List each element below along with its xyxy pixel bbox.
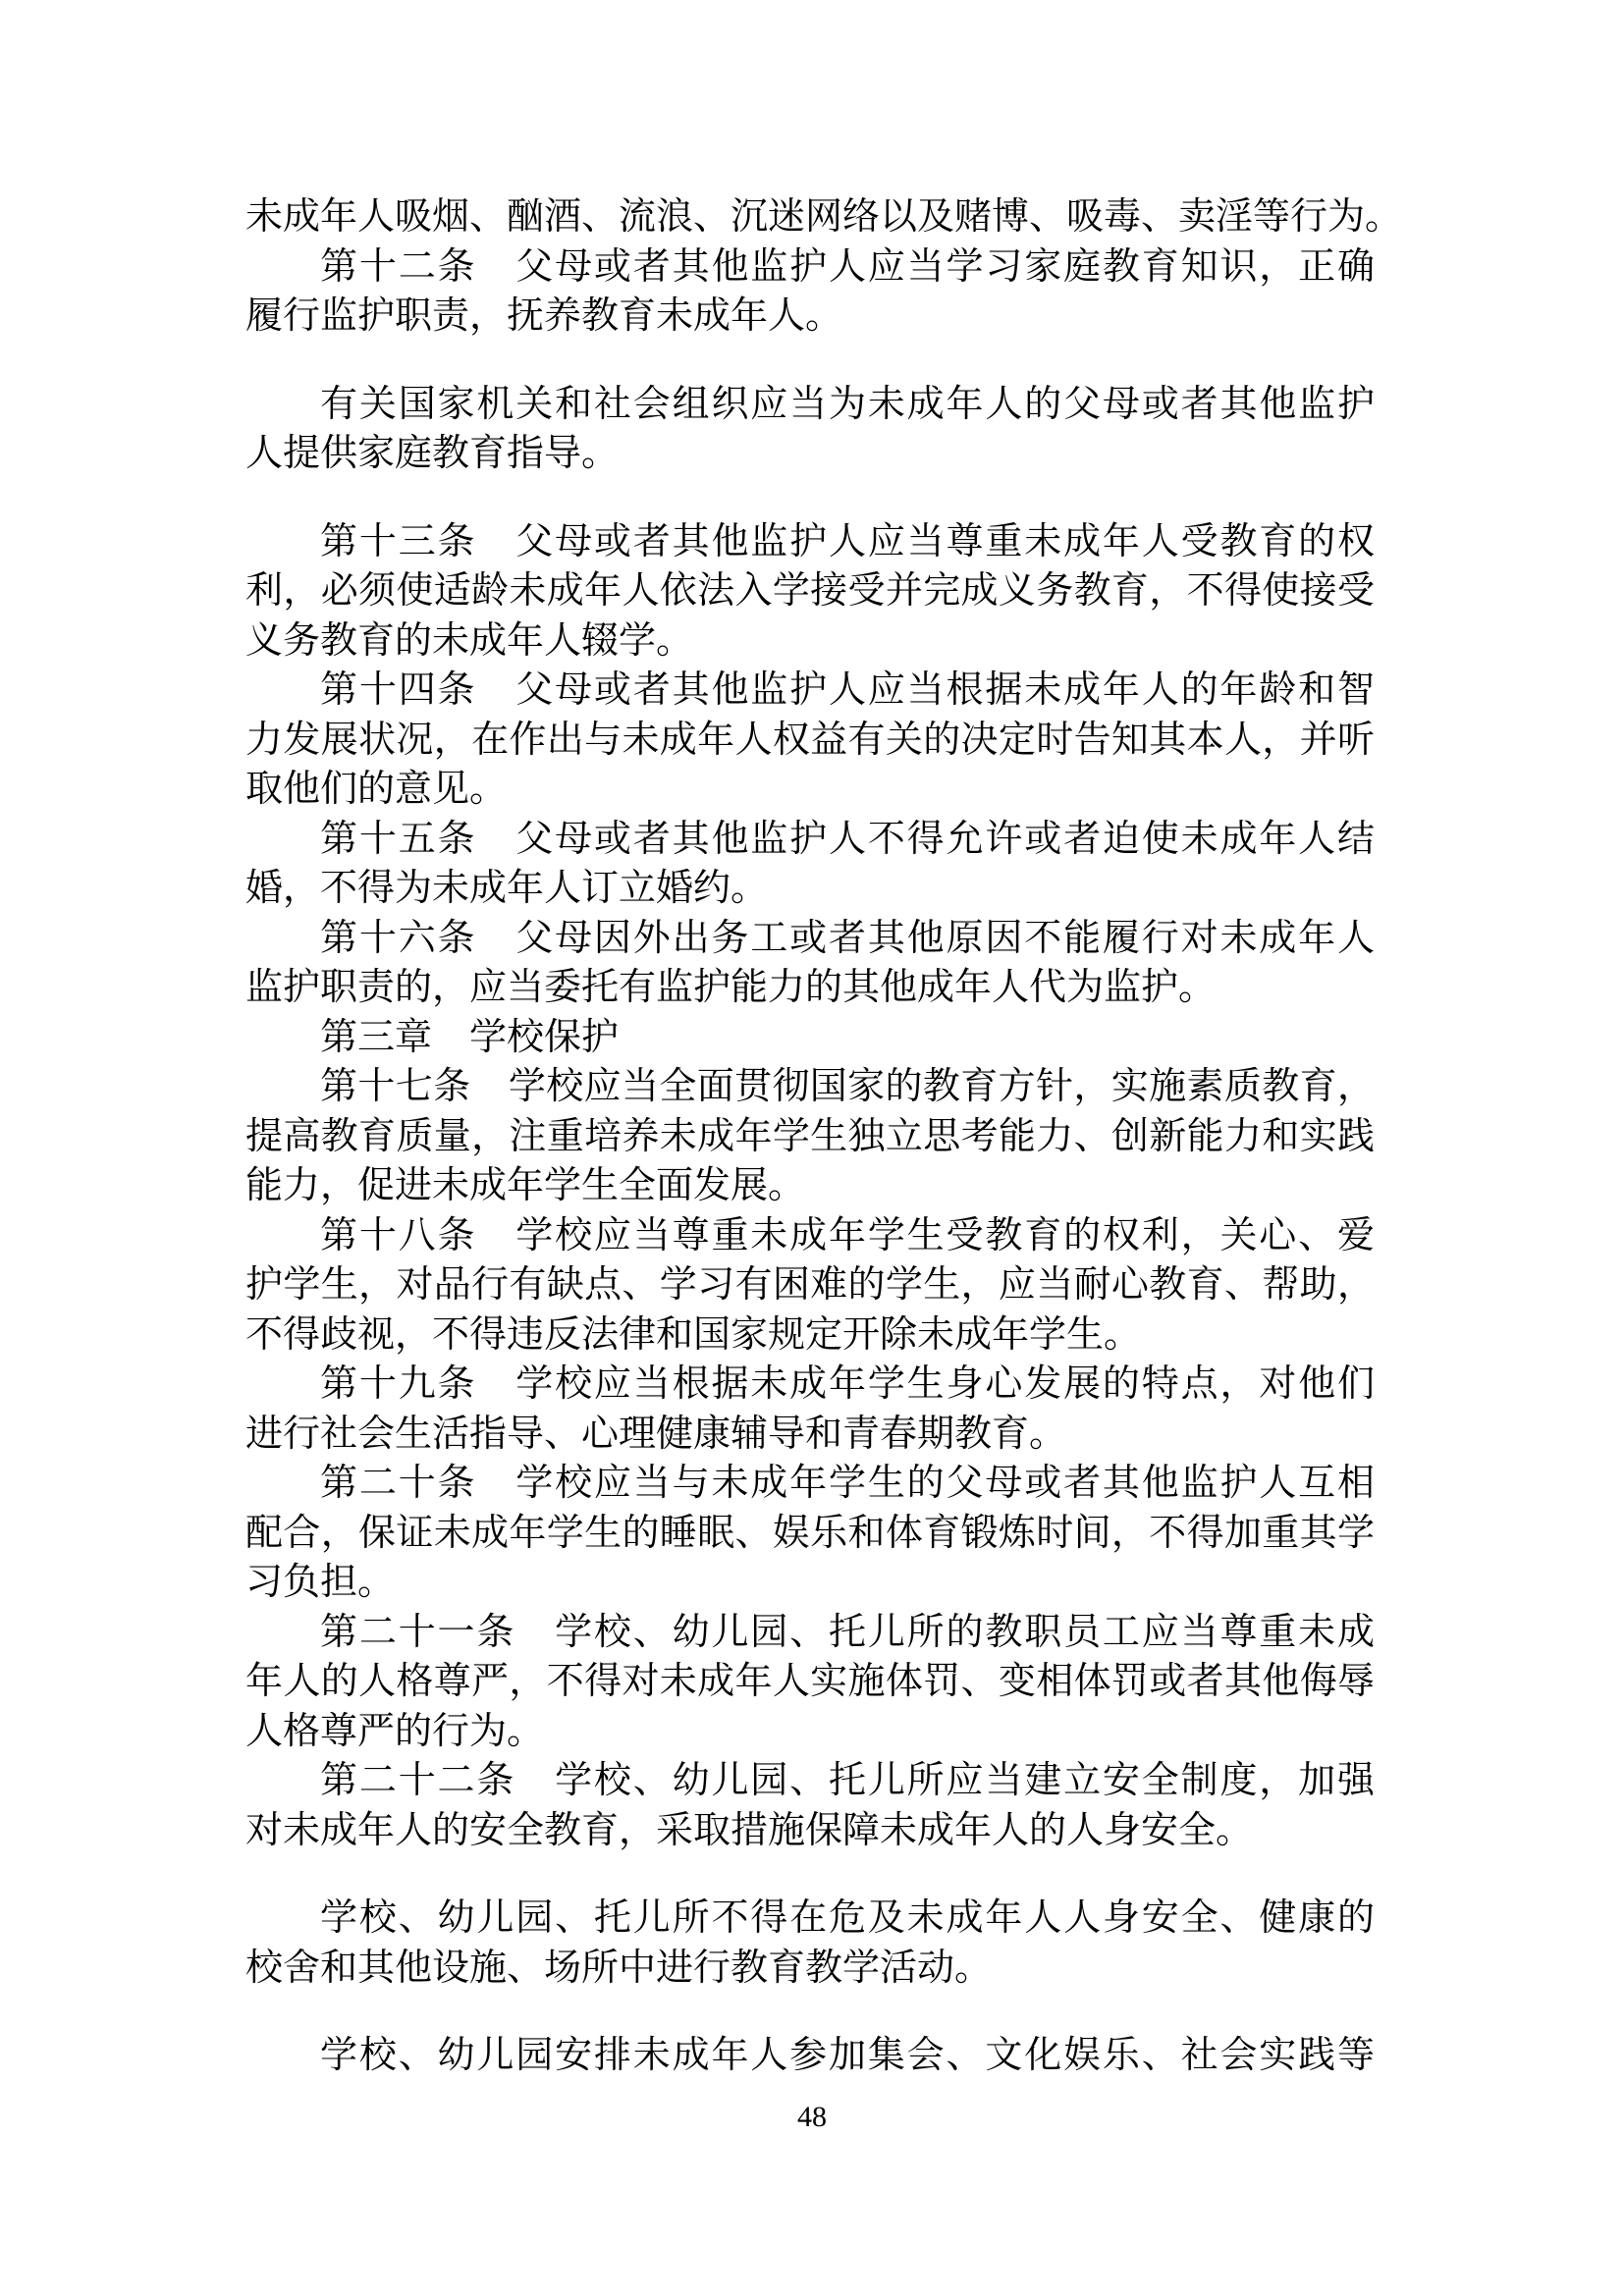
text-line: 第二十二条 学校、幼儿园、托儿所应当建立安全制度，加强 [245,1756,1375,1806]
text-line: 第十七条 学校应当全面贯彻国家的教育方针，实施素质教育， [245,1062,1375,1112]
text-line: 未成年人吸烟、酗酒、流浪、沉迷网络以及赌博、吸毒、卖淫等行为。 [245,192,1375,242]
text-line: 第三章 学校保护 [245,1013,1375,1063]
text-line: 监护职责的，应当委托有监护能力的其他成年人代为监护。 [245,963,1375,1013]
text-line: 配合，保证未成年学生的睡眠、娱乐和体育锻炼时间，不得加重其学 [245,1509,1375,1559]
text-line: 第十三条 父母或者其他监护人应当尊重未成年人受教育的权 [245,517,1375,567]
text-line: 护学生，对品行有缺点、学习有困难的学生，应当耐心教育、帮助， [245,1260,1375,1310]
text-line: 履行监护职责，抚养教育未成年人。 [245,292,1375,342]
text-line: 学校、幼儿园、托儿所不得在危及未成年人人身安全、健康的 [245,1894,1375,1944]
document-page: 未成年人吸烟、酗酒、流浪、沉迷网络以及赌博、吸毒、卖淫等行为。第十二条 父母或者… [0,0,1624,2296]
text-line: 学校、幼儿园安排未成年人参加集会、文化娱乐、社会实践等 [245,2031,1375,2081]
text-line: 能力，促进未成年学生全面发展。 [245,1161,1375,1211]
text-line: 利，必须使适龄未成年人依法入学接受并完成义务教育，不得使接受 [245,566,1375,616]
text-line: 人格尊严的行为。 [245,1707,1375,1757]
text-line: 进行社会生活指导、心理健康辅导和青春期教育。 [245,1410,1375,1460]
text-line: 第十九条 学校应当根据未成年学生身心发展的特点，对他们 [245,1360,1375,1410]
text-line: 力发展状况，在作出与未成年人权益有关的决定时告知其本人，并听 [245,716,1375,766]
text-line: 取他们的意见。 [245,765,1375,815]
text-line: 有关国家机关和社会组织应当为未成年人的父母或者其他监护 [245,380,1375,430]
text-line: 提高教育质量，注重培养未成年学生独立思考能力、创新能力和实践 [245,1112,1375,1162]
text-line: 第十二条 父母或者其他监护人应当学习家庭教育知识，正确 [245,242,1375,293]
text-line: 婚，不得为未成年人订立婚约。 [245,864,1375,914]
page-number: 48 [0,2101,1624,2134]
text-line: 第十八条 学校应当尊重未成年学生受教育的权利，关心、爱 [245,1211,1375,1261]
text-line: 年人的人格尊严，不得对未成年人实施体罚、变相体罚或者其他侮辱 [245,1657,1375,1707]
text-line: 第二十一条 学校、幼儿园、托儿所的教职员工应当尊重未成 [245,1608,1375,1658]
text-line: 人提供家庭教育指导。 [245,429,1375,479]
text-line: 习负担。 [245,1558,1375,1608]
text-line: 对未成年人的安全教育，采取措施保障未成年人的人身安全。 [245,1806,1375,1856]
text-line: 第二十条 学校应当与未成年学生的父母或者其他监护人互相 [245,1459,1375,1509]
text-line: 第十四条 父母或者其他监护人应当根据未成年人的年龄和智 [245,666,1375,716]
text-line: 不得歧视，不得违反法律和国家规定开除未成年学生。 [245,1310,1375,1361]
text-line: 第十五条 父母或者其他监护人不得允许或者迫使未成年人结 [245,815,1375,865]
text-line: 校舍和其他设施、场所中进行教育教学活动。 [245,1944,1375,1994]
text-line: 义务教育的未成年人辍学。 [245,616,1375,667]
document-body: 未成年人吸烟、酗酒、流浪、沉迷网络以及赌博、吸毒、卖淫等行为。第十二条 父母或者… [245,192,1375,2081]
text-line: 第十六条 父母因外出务工或者其他原因不能履行对未成年人 [245,914,1375,964]
